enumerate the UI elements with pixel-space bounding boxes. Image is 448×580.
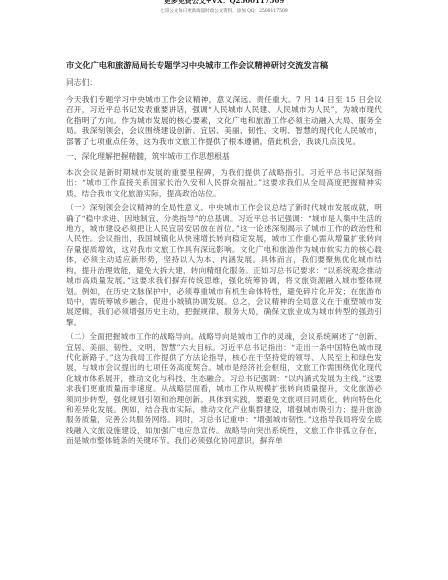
header-promo-line: 更多免费公文+VX：Q2500117509 [0, 0, 448, 5]
document-body: 市文化广电和旅游局局长专题学习中央城市工作会议精神研讨交流发言稿 同志们： 今天… [66, 59, 382, 451]
section-paragraph: （一）深刻领会会议精神的全局性意义。中央城市工作会议总结了新时代城市发展成就，明… [66, 203, 382, 328]
salutation: 同志们： [66, 77, 382, 89]
header-contact-line: 七哥公文每日更新海量时政公文资料，添加 QQ：2500117509 [0, 9, 448, 15]
section-paragraph: （二）全面把握城市工作的战略导向。战略导向是城市工作的灵魂，会议系统阐述了“创新… [66, 332, 382, 446]
document-title: 市文化广电和旅游局局长专题学习中央城市工作会议精神研讨交流发言稿 [66, 59, 382, 71]
section-paragraph: 本次会议是新时期城市发展的重要里程碑，为我们提供了战略指引。习近平总书记深刻指出… [66, 168, 382, 199]
intro-paragraph: 今天我们专题学习中央城市工作会议精神，意义深远、责任重大。7 月 14 日至 1… [66, 95, 382, 147]
section-heading-1: 一、深化理解把握精髓，筑牢城市工作思想根基 [66, 151, 382, 163]
